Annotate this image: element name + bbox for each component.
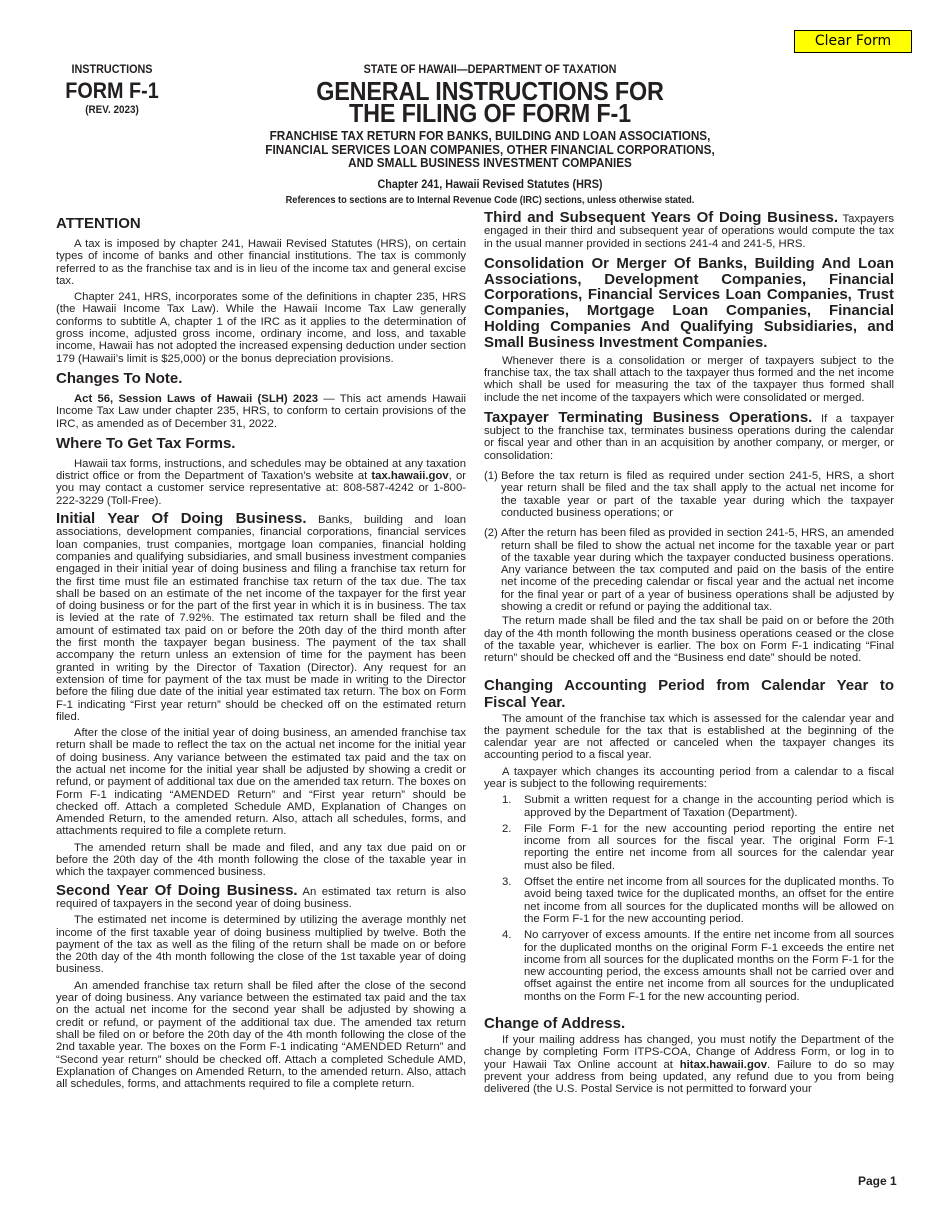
paragraph: An amended franchise tax return shall be… [56, 980, 466, 1091]
section-heading-where: Where To Get Tax Forms. [56, 435, 466, 452]
act-label: Act 56, Session Laws of Hawaii (SLH) 202… [74, 393, 318, 405]
paragraph: The amended return shall be made and fil… [56, 842, 466, 879]
paragraph: Taxpayer Terminating Business Operations… [484, 412, 894, 462]
page-title: GENERAL INSTRUCTIONS FOR THE FILING OF F… [220, 80, 760, 124]
paragraph: Third and Subsequent Years Of Doing Busi… [484, 212, 894, 250]
list-number: 3. [502, 876, 524, 925]
text: Banks, building and loan associations, d… [56, 514, 466, 723]
paragraph: The amount of the franchise tax which is… [484, 713, 894, 762]
form-label: FORM F-1 [63, 79, 160, 103]
instructions-label: INSTRUCTIONS [63, 62, 160, 76]
terminating-list: (1) Before the tax return is filed as re… [484, 470, 894, 613]
paragraph: Chapter 241, HRS, incorporates some of t… [56, 291, 466, 365]
section-heading-initial: Initial Year Of Doing Business. [56, 510, 307, 527]
paragraph: A taxpayer which changes its accounting … [484, 766, 894, 791]
paragraph: Hawaii tax forms, instructions, and sche… [56, 458, 466, 507]
revision-label: (REV. 2023) [63, 104, 160, 116]
list-text: File Form F-1 for the new accounting per… [524, 823, 894, 872]
section-heading-attention: ATTENTION [56, 215, 466, 232]
document-header: STATE OF HAWAII—DEPARTMENT OF TAXATION G… [190, 62, 790, 206]
list-number: 4. [502, 929, 524, 1003]
website-link[interactable]: tax.hawaii.gov [371, 470, 448, 482]
list-item: (1) Before the tax return is filed as re… [484, 470, 894, 519]
list-text: No carryover of excess amounts. If the e… [524, 929, 894, 1003]
paragraph: The estimated net income is determined b… [56, 914, 466, 975]
section-heading-address: Change of Address. [484, 1015, 894, 1032]
list-text: After the return has been filed as provi… [501, 527, 894, 613]
list-text: Offset the entire net income from all so… [524, 876, 894, 925]
paragraph: Act 56, Session Laws of Hawaii (SLH) 202… [56, 393, 466, 430]
chapter-reference: Chapter 241, Hawaii Revised Statutes (HR… [220, 177, 760, 191]
section-heading-terminating: Taxpayer Terminating Business Operations… [484, 409, 812, 426]
list-text: Before the tax return is filed as requir… [501, 470, 894, 519]
section-heading-second: Second Year Of Doing Business. [56, 882, 298, 899]
paragraph: Initial Year Of Doing Business. Banks, b… [56, 513, 466, 723]
section-heading-changes: Changes To Note. [56, 370, 466, 387]
agency-name: STATE OF HAWAII—DEPARTMENT OF TAXATION [220, 62, 760, 76]
list-number: (1) [484, 470, 501, 519]
paragraph: The return made shall be filed and the t… [484, 615, 894, 664]
list-text: Submit a written request for a change in… [524, 794, 894, 819]
clear-form-button[interactable]: Clear Form [794, 30, 912, 53]
page-subtitle: FRANCHISE TAX RETURN FOR BANKS, BUILDING… [220, 129, 760, 170]
section-heading-third: Third and Subsequent Years Of Doing Busi… [484, 209, 838, 226]
paragraph: Whenever there is a consolidation or mer… [484, 355, 894, 404]
section-heading-merger: Consolidation Or Merger Of Banks, Buildi… [484, 256, 894, 351]
paragraph: A tax is imposed by chapter 241, Hawaii … [56, 238, 466, 287]
list-item: 1. Submit a written request for a change… [484, 794, 894, 819]
list-number: 2. [502, 823, 524, 872]
hitax-link[interactable]: hitax.hawaii.gov [680, 1059, 767, 1071]
list-item: 4. No carryover of excess amounts. If th… [484, 929, 894, 1003]
section-heading-accounting: Changing Accounting Period from Calendar… [484, 677, 894, 711]
list-number: (2) [484, 527, 501, 613]
paragraph: After the close of the initial year of d… [56, 727, 466, 838]
subtitle-line: FRANCHISE TAX RETURN FOR BANKS, BUILDING… [220, 129, 760, 143]
references-note: References to sections are to Internal R… [226, 194, 754, 206]
list-item: 2. File Form F-1 for the new accounting … [484, 823, 894, 872]
accounting-requirements-list: 1. Submit a written request for a change… [484, 794, 894, 1003]
paragraph: Second Year Of Doing Business. An estima… [56, 885, 466, 911]
left-column: ATTENTION A tax is imposed by chapter 24… [56, 212, 466, 1094]
list-item: 3. Offset the entire net income from all… [484, 876, 894, 925]
list-item: (2) After the return has been filed as p… [484, 527, 894, 613]
subtitle-line: FINANCIAL SERVICES LOAN COMPANIES, OTHER… [220, 143, 760, 157]
page-number: Page 1 [858, 1174, 897, 1188]
title-line: THE FILING OF FORM F-1 [220, 102, 760, 124]
form-id-block: INSTRUCTIONS FORM F-1 (REV. 2023) [58, 62, 166, 116]
right-column: Third and Subsequent Years Of Doing Busi… [484, 212, 894, 1100]
list-number: 1. [502, 794, 524, 819]
paragraph: If your mailing address has changed, you… [484, 1034, 894, 1095]
subtitle-line: AND SMALL BUSINESS INVESTMENT COMPANIES [220, 156, 760, 170]
